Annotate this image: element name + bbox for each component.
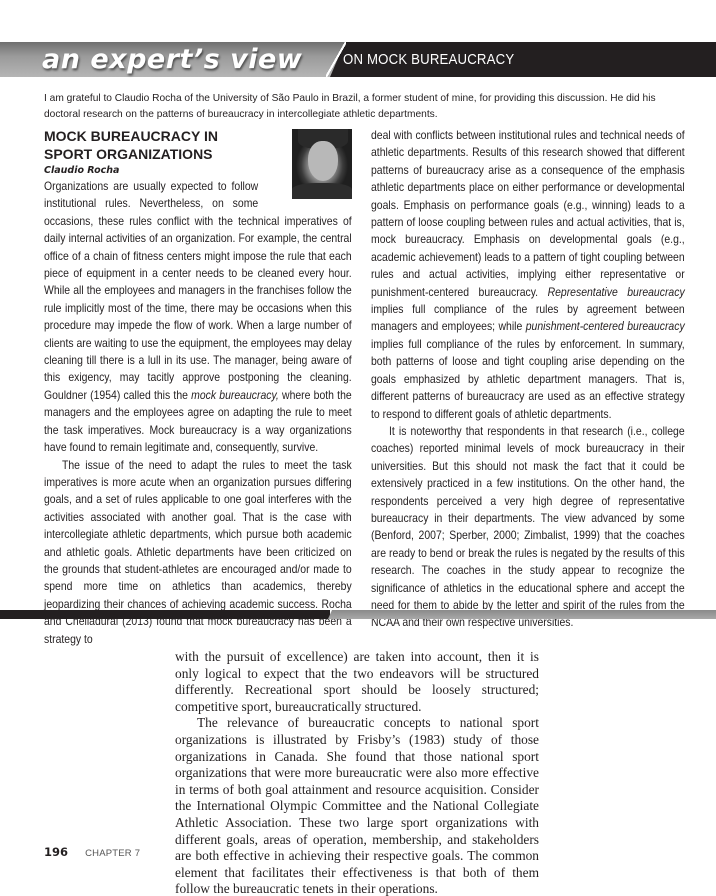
- emphasis-term: punishment-centered bureaucracy: [526, 320, 685, 333]
- main-paragraph-1: with the pursuit of excellence) are take…: [175, 649, 539, 715]
- sidebar-intro: I am grateful to Claudio Rocha of the Un…: [44, 91, 684, 123]
- sidebar-column-right: deal with conflicts between institutiona…: [371, 127, 685, 632]
- paragraph-text: deal with conflicts between institutiona…: [371, 129, 685, 299]
- sidebar-column-left: MOCK BUREAUCRACY IN SPORT ORGANIZATIONS …: [44, 127, 352, 648]
- emphasis-term: mock bureaucracy,: [191, 389, 279, 402]
- paragraph-text: Organizations are usually expected to fo…: [44, 180, 352, 402]
- page-number: 196: [44, 845, 68, 859]
- expert-view-banner: an expert’s view ON MOCK BUREAUCRACY: [0, 42, 716, 77]
- rule-black-segment: [0, 610, 330, 619]
- banner-subtitle: ON MOCK BUREAUCRACY: [343, 42, 514, 77]
- rule-gray-segment: [328, 610, 716, 619]
- main-paragraph-2: The relevance of bureaucratic concepts t…: [175, 715, 539, 896]
- sidebar-paragraph-1: Organizations are usually expected to fo…: [44, 178, 352, 457]
- sidebar-paragraph-2: The issue of the need to adapt the rules…: [44, 457, 352, 648]
- paragraph-text: implies full compliance of the rules by …: [371, 338, 685, 421]
- page-footer: 196 CHAPTER 7: [44, 845, 140, 861]
- photo-face-shape: [308, 141, 338, 181]
- main-body-text: with the pursuit of excellence) are take…: [175, 649, 539, 896]
- sidebar-paragraph-4: It is noteworthy that respondents in tha…: [371, 423, 685, 632]
- banner-title: an expert’s view: [42, 42, 302, 77]
- sidebar-end-rule: [0, 610, 716, 619]
- emphasis-term: Representative bureaucracy: [548, 286, 685, 299]
- sidebar-paragraph-3: deal with conflicts between institutiona…: [371, 127, 685, 423]
- chapter-label: CHAPTER 7: [85, 848, 140, 859]
